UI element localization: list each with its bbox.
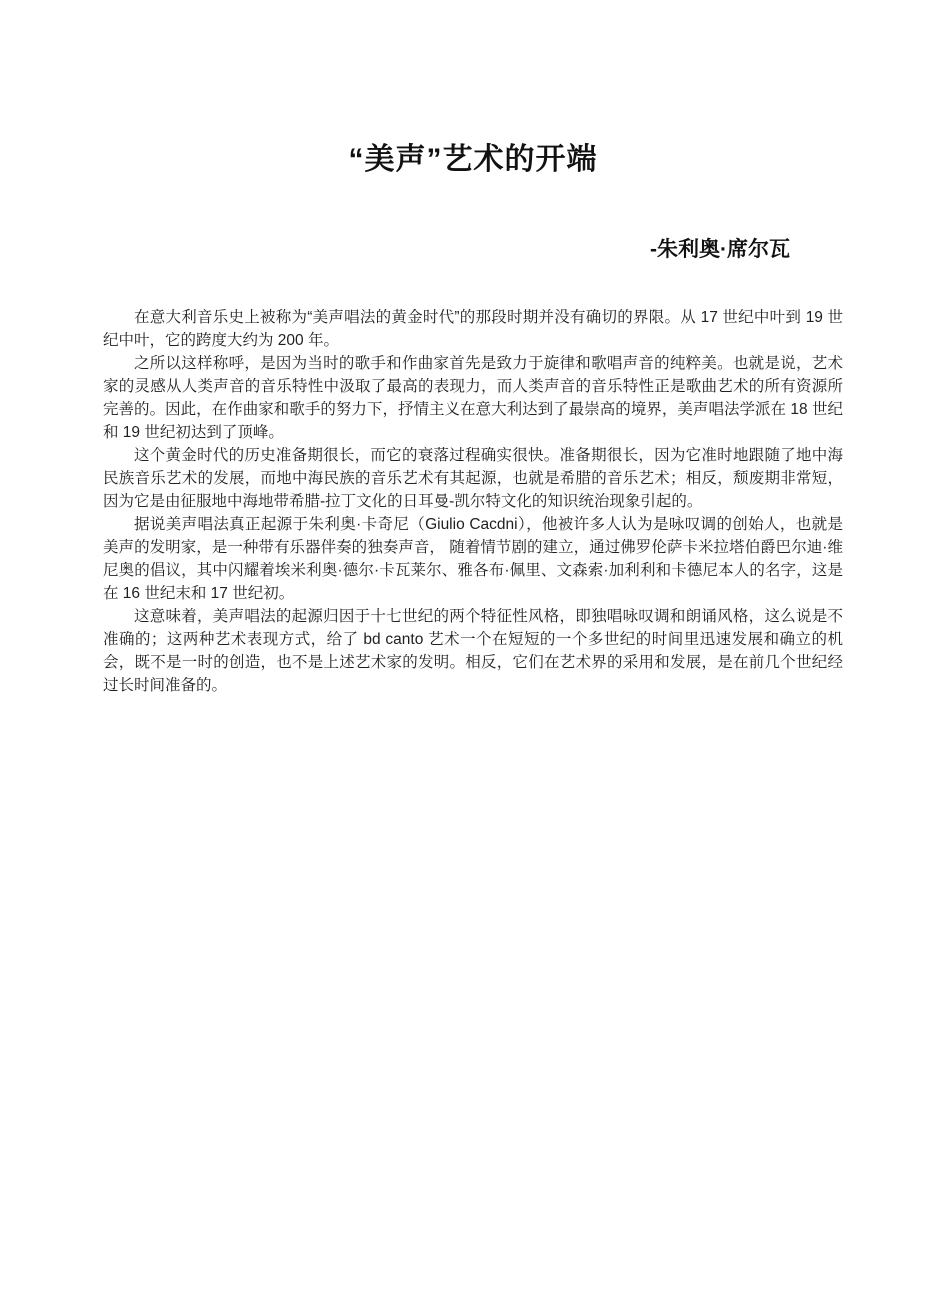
paragraph: 据说美声唱法真正起源于朱利奥·卡奇尼（Giulio Cacdni），他被许多人认… xyxy=(103,513,843,605)
paragraph: 之所以这样称呼，是因为当时的歌手和作曲家首先是致力于旋律和歌唱声音的纯粹美。也就… xyxy=(103,352,843,444)
paragraph: 在意大利音乐史上被称为“美声唱法的黄金时代”的那段时期并没有确切的界限。从 17… xyxy=(103,306,843,352)
document-content: “美声”艺术的开端 -朱利奥·席尔瓦 在意大利音乐史上被称为“美声唱法的黄金时代… xyxy=(103,0,843,697)
paragraph: 这意味着，美声唱法的起源归因于十七世纪的两个特征性风格，即独唱咏叹调和朗诵风格，… xyxy=(103,605,843,697)
document-byline: -朱利奥·席尔瓦 xyxy=(103,237,790,263)
document-body: 在意大利音乐史上被称为“美声唱法的黄金时代”的那段时期并没有确切的界限。从 17… xyxy=(103,306,843,697)
paragraph: 这个黄金时代的历史准备期很长，而它的衰落过程确实很快。准备期很长，因为它准时地跟… xyxy=(103,444,843,513)
document-title: “美声”艺术的开端 xyxy=(103,142,843,178)
document-page: “美声”艺术的开端 -朱利奥·席尔瓦 在意大利音乐史上被称为“美声唱法的黄金时代… xyxy=(0,0,925,1309)
